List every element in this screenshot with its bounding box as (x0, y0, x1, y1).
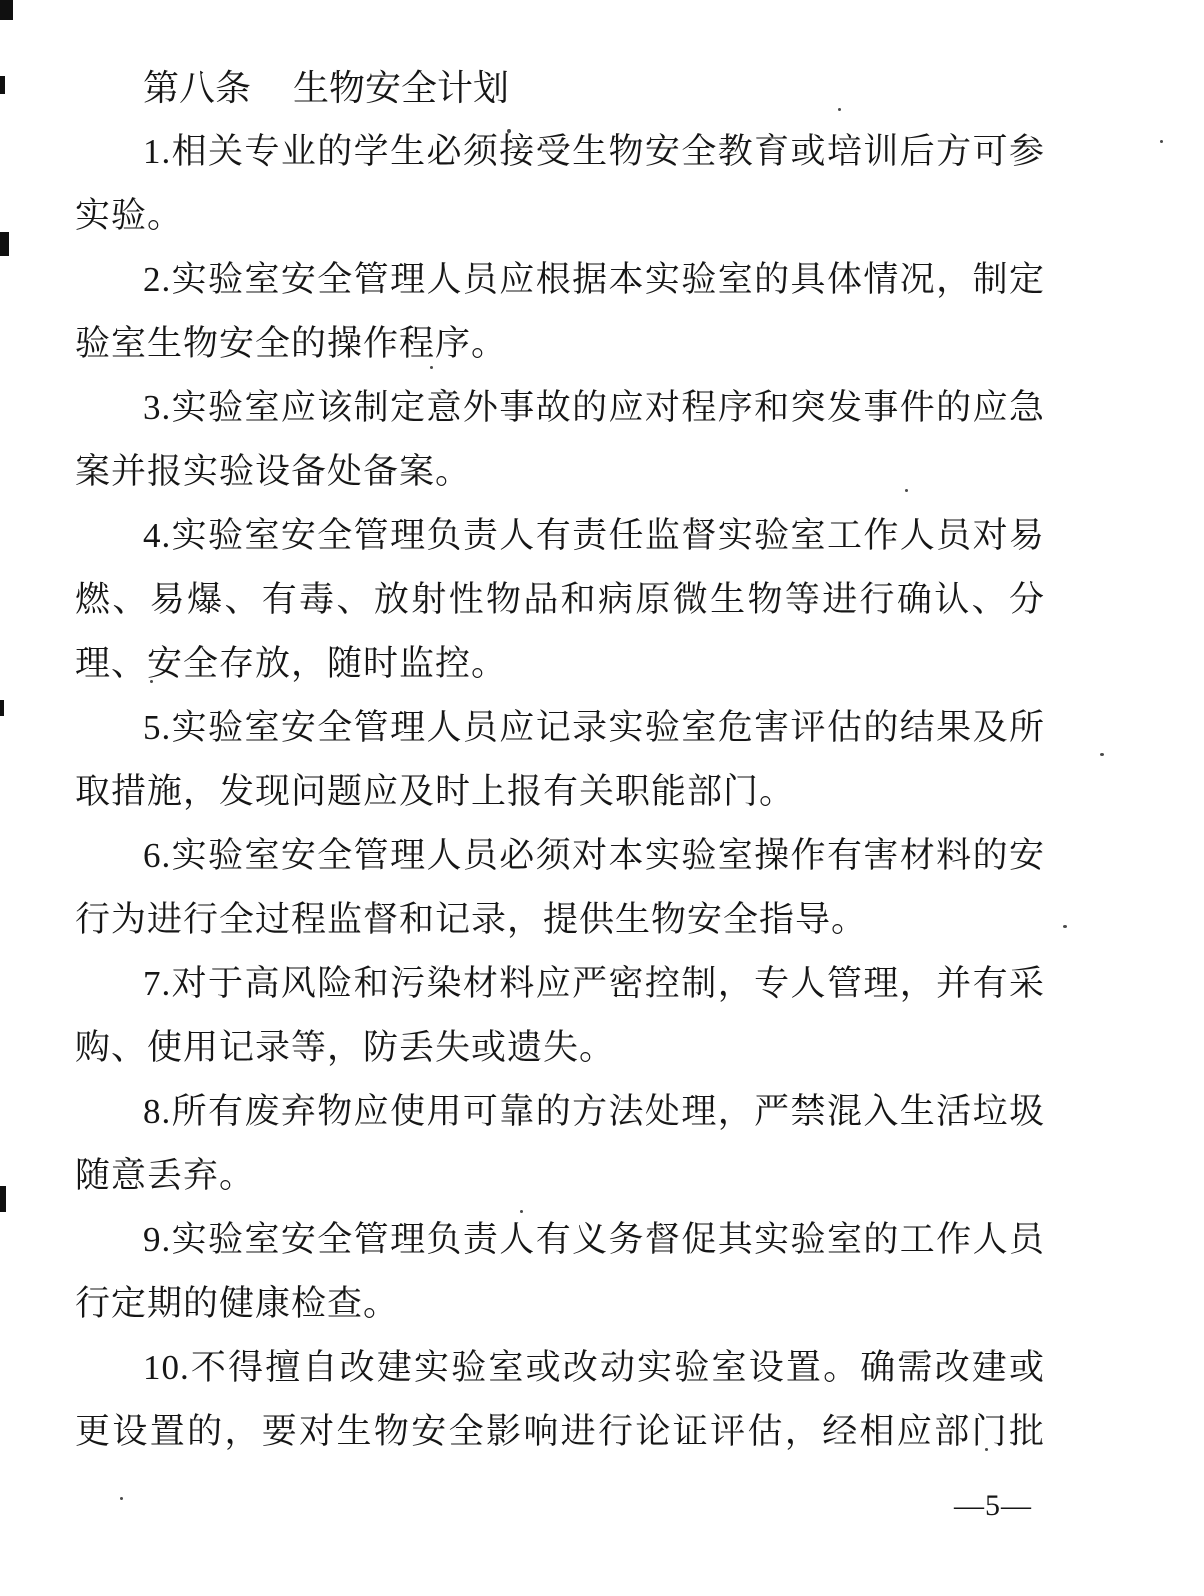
scan-speck (430, 366, 433, 369)
paragraph-line: 7.对于高风险和污染材料应严密控制，专人管理，并有采 (75, 952, 1045, 1016)
article-number: 第八条 (143, 68, 251, 108)
scan-speck (838, 108, 841, 111)
paragraph-line: 3.实验室应该制定意外事故的应对程序和突发事件的应急预 (75, 376, 1045, 440)
paragraph-line: 9.实验室安全管理负责人有义务督促其实验室的工作人员进 (75, 1208, 1045, 1272)
page-number: —5— (938, 1486, 1048, 1526)
paragraph-line: 验室生物安全的操作程序。 (75, 312, 1045, 376)
scan-speck (1160, 140, 1163, 143)
scan-edge-artifact (0, 1186, 6, 1212)
scan-speck (520, 1210, 523, 1213)
scanned-document-page: 第八条生物安全计划 1.相关专业的学生必须接受生物安全教育或培训后方可参与 实验… (0, 0, 1204, 1596)
paragraph-line: 2.实验室安全管理人员应根据本实验室的具体情况，制定实 (75, 248, 1045, 312)
scan-speck (150, 680, 153, 683)
scan-speck (1063, 925, 1067, 928)
paragraph-line: 行为进行全过程监督和记录，提供生物安全指导。 (75, 888, 1045, 952)
scan-edge-artifact (0, 76, 5, 94)
document-body: 第八条生物安全计划 1.相关专业的学生必须接受生物安全教育或培训后方可参与 实验… (75, 56, 1045, 1464)
scan-edge-artifact (0, 700, 4, 716)
scan-speck (507, 129, 511, 133)
paragraph-line: 购、使用记录等，防丢失或遗失。 (75, 1016, 1045, 1080)
paragraph-line: 更设置的，要对生物安全影响进行论证评估，经相应部门批准 (75, 1400, 1045, 1464)
scan-edge-artifact (0, 232, 9, 256)
paragraph-line: 10.不得擅自改建实验室或改动实验室设置。确需改建或变 (75, 1336, 1045, 1400)
paragraph-line: 理、安全存放，随时监控。 (75, 632, 1045, 696)
scan-edge-artifact (0, 0, 13, 20)
paragraph-line: 4.实验室安全管理负责人有责任监督实验室工作人员对易 (75, 504, 1045, 568)
scan-speck (985, 1448, 988, 1451)
paragraph-line: 6.实验室安全管理人员必须对本实验室操作有害材料的安全 (75, 824, 1045, 888)
paragraph-line: 行定期的健康检查。 (75, 1272, 1045, 1336)
scan-speck (630, 400, 634, 403)
paragraph-line: 5.实验室安全管理人员应记录实验室危害评估的结果及所采 (75, 696, 1045, 760)
paragraph-line: 燃、易爆、有毒、放射性物品和病原微生物等进行确认、分类管 (75, 568, 1045, 632)
scan-speck (905, 489, 908, 492)
scan-speck (1100, 753, 1104, 756)
article-heading: 第八条生物安全计划 (75, 56, 1045, 120)
paragraph-line: 8.所有废弃物应使用可靠的方法处理，严禁混入生活垃圾或 (75, 1080, 1045, 1144)
paragraph-line: 1.相关专业的学生必须接受生物安全教育或培训后方可参与 (75, 120, 1045, 184)
scan-speck (120, 1497, 123, 1500)
paragraph-line: 案并报实验设备处备案。 (75, 440, 1045, 504)
paragraph-line: 取措施，发现问题应及时上报有关职能部门。 (75, 760, 1045, 824)
article-title: 生物安全计划 (293, 68, 509, 108)
paragraph-line: 实验。 (75, 184, 1045, 248)
paragraph-line: 随意丢弃。 (75, 1144, 1045, 1208)
